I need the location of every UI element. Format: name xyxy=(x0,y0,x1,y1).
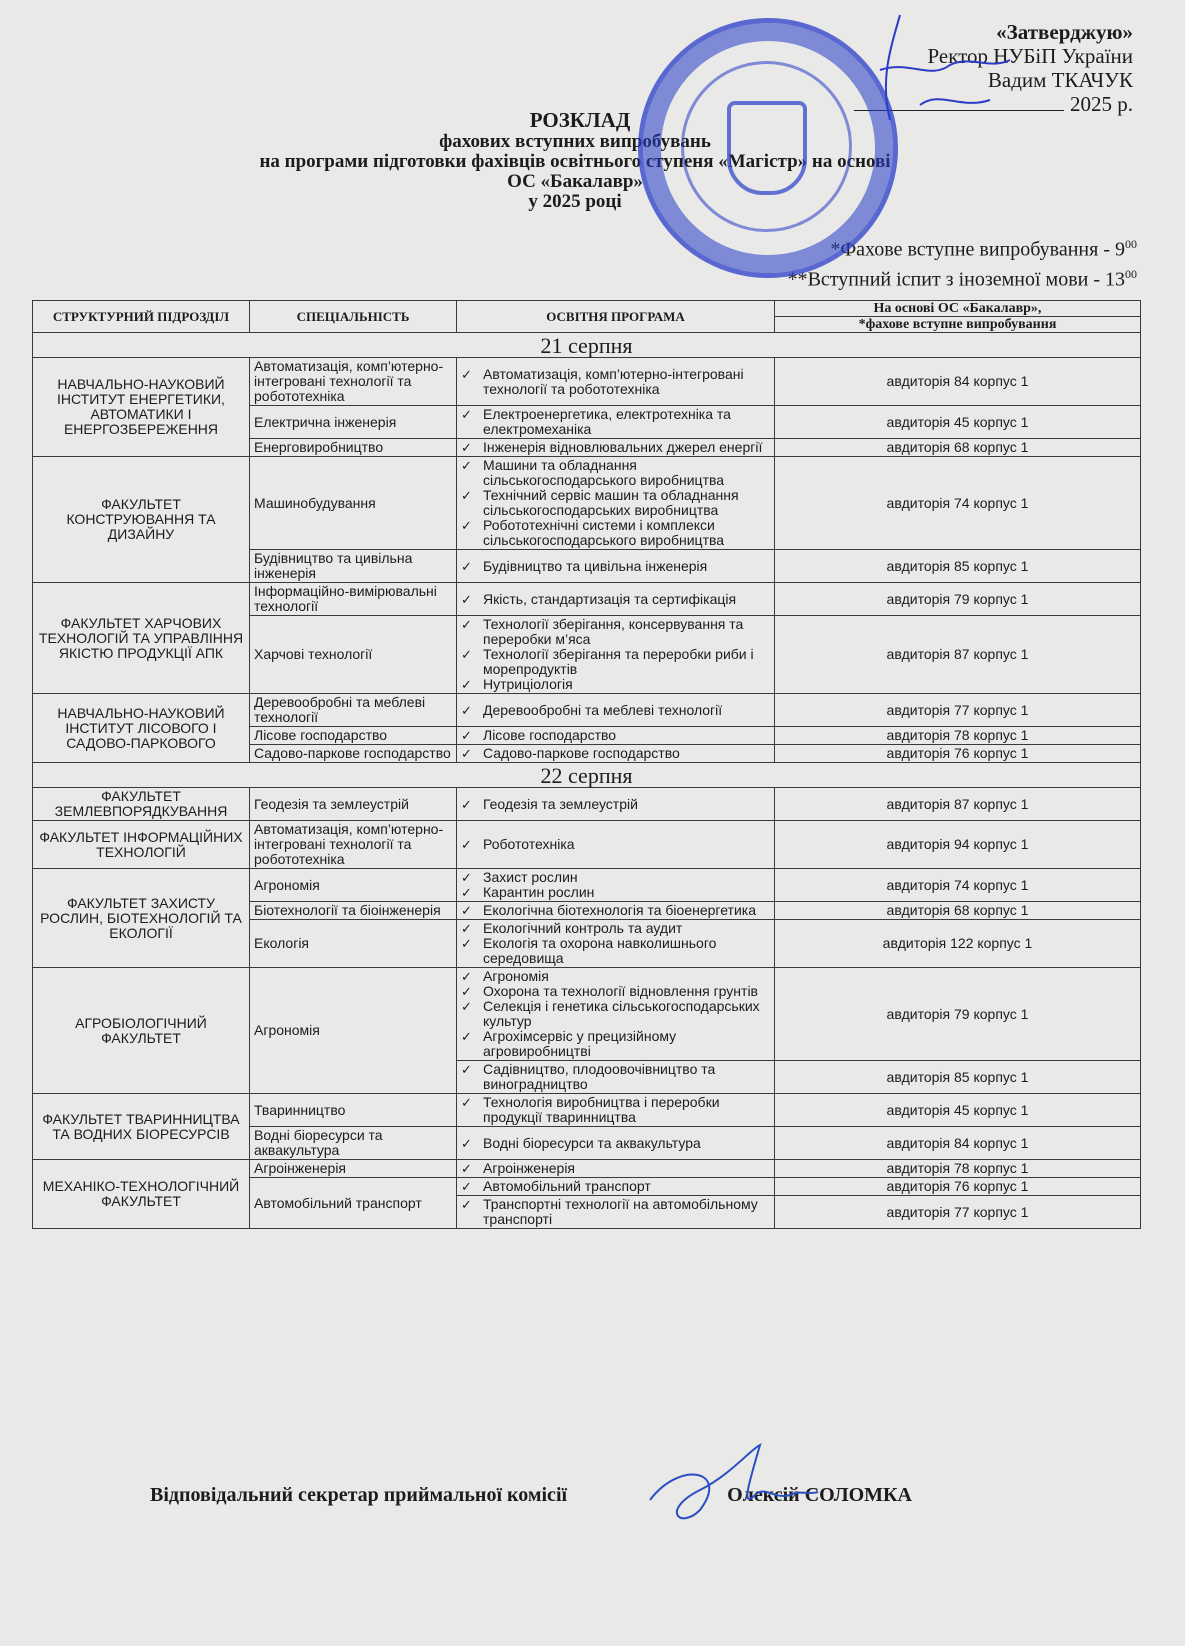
room-cell: авдиторія 76 корпус 1 xyxy=(775,745,1141,763)
program-name: Автоматизація, комп’ютерно-інтегровані т… xyxy=(483,367,770,397)
date-heading: 21 серпня xyxy=(33,333,1141,358)
program-name: Карантин рослин xyxy=(483,885,770,900)
room-cell: авдиторія 68 корпус 1 xyxy=(775,902,1141,920)
checkmark-icon: ✓ xyxy=(461,488,483,503)
title-main: РОЗКЛАД xyxy=(0,110,1150,130)
program-name: Захист рослин xyxy=(483,870,770,885)
program-name: Нутриціологія xyxy=(483,677,770,692)
date-heading: 22 серпня xyxy=(33,763,1141,788)
room-cell: авдиторія 77 корпус 1 xyxy=(775,694,1141,727)
checkmark-icon: ✓ xyxy=(461,617,483,632)
checkmark-icon: ✓ xyxy=(461,885,483,900)
program-name: Будівництво та цивільна інженерія xyxy=(483,559,770,574)
specialty-cell: Геодезія та землеустрій xyxy=(250,788,457,821)
secretary-title: Відповідальний секретар приймальної комі… xyxy=(150,1484,567,1506)
header-basis: На основі ОС «Бакалавр», *фахове вступне… xyxy=(775,301,1141,333)
room-cell: авдиторія 85 корпус 1 xyxy=(775,550,1141,583)
program-cell: ✓Агрономія✓Охорона та технології відновл… xyxy=(457,968,775,1061)
unit-cell: НАВЧАЛЬНО-НАУКОВИЙ ІНСТИТУТ ЕНЕРГЕТИКИ, … xyxy=(33,358,250,457)
checkmark-icon: ✓ xyxy=(461,458,483,473)
program-item: ✓Якість, стандартизація та сертифікація xyxy=(461,592,770,607)
program-name: Машини та обладнання сільськогосподарськ… xyxy=(483,458,770,488)
checkmark-icon: ✓ xyxy=(461,1136,483,1151)
program-item: ✓Захист рослин xyxy=(461,870,770,885)
title-line-3: ОС «Бакалавр» xyxy=(0,172,1150,192)
room-cell: авдиторія 45 корпус 1 xyxy=(775,1094,1141,1127)
program-item: ✓Селекція і генетика сільськогосподарськ… xyxy=(461,999,770,1029)
checkmark-icon: ✓ xyxy=(461,999,483,1014)
room-cell: авдиторія 87 корпус 1 xyxy=(775,788,1141,821)
checkmark-icon: ✓ xyxy=(461,407,483,422)
program-cell: ✓Екологічний контроль та аудит✓Екологія … xyxy=(457,920,775,968)
program-cell: ✓Технологія виробництва і переробки прод… xyxy=(457,1094,775,1127)
specialty-cell: Автоматизація, комп’ютерно-інтегровані т… xyxy=(250,358,457,406)
program-cell: ✓Агроінженерія xyxy=(457,1160,775,1178)
program-name: Лісове господарство xyxy=(483,728,770,743)
checkmark-icon: ✓ xyxy=(461,969,483,984)
specialty-cell: Енерговиробництво xyxy=(250,439,457,457)
program-name: Екологічна біотехнологія та біоенергетик… xyxy=(483,903,770,918)
program-name: Електроенергетика, електротехніка та еле… xyxy=(483,407,770,437)
specialty-cell: Машинобудування xyxy=(250,457,457,550)
header-specialty: СПЕЦІАЛЬНІСТЬ xyxy=(250,301,457,333)
program-cell: ✓Будівництво та цивільна інженерія xyxy=(457,550,775,583)
checkmark-icon: ✓ xyxy=(461,367,483,382)
program-item: ✓Технології зберігання та переробки риби… xyxy=(461,647,770,677)
document-title: РОЗКЛАД фахових вступних випробувань на … xyxy=(0,110,1150,212)
program-cell: ✓Робототехніка xyxy=(457,821,775,869)
unit-cell: ФАКУЛЬТЕТ ЗАХИСТУ РОСЛИН, БІОТЕХНОЛОГІЙ … xyxy=(33,869,250,968)
program-cell: ✓Інженерія відновлювальних джерел енергі… xyxy=(457,439,775,457)
specialty-cell: Електрична інженерія xyxy=(250,406,457,439)
unit-cell: НАВЧАЛЬНО-НАУКОВИЙ ІНСТИТУТ ЛІСОВОГО І С… xyxy=(33,694,250,763)
title-line-1: фахових вступних випробувань xyxy=(0,132,1150,152)
program-name: Деревообробні та меблеві технології xyxy=(483,703,770,718)
table-row: ФАКУЛЬТЕТ ІНФОРМАЦІЙНИХ ТЕХНОЛОГІЙАвтома… xyxy=(33,821,1141,869)
room-cell: авдиторія 78 корпус 1 xyxy=(775,1160,1141,1178)
program-item: ✓Агроінженерія xyxy=(461,1161,770,1176)
program-item: ✓Технічний сервіс машин та обладнання сі… xyxy=(461,488,770,518)
specialty-cell: Агрономія xyxy=(250,869,457,902)
specialty-cell: Агроінженерія xyxy=(250,1160,457,1178)
program-item: ✓Екологічна біотехнологія та біоенергети… xyxy=(461,903,770,918)
room-cell: авдиторія 84 корпус 1 xyxy=(775,358,1141,406)
checkmark-icon: ✓ xyxy=(461,936,483,951)
specialty-cell: Автомобільний транспорт xyxy=(250,1178,457,1229)
program-name: Робототехніка xyxy=(483,837,770,852)
checkmark-icon: ✓ xyxy=(461,1029,483,1044)
room-cell: авдиторія 79 корпус 1 xyxy=(775,968,1141,1061)
checkmark-icon: ✓ xyxy=(461,592,483,607)
program-name: Інженерія відновлювальних джерел енергії xyxy=(483,440,770,455)
program-name: Селекція і генетика сільськогосподарськи… xyxy=(483,999,770,1029)
rector-position: Ректор НУБіП України xyxy=(854,44,1133,68)
schedule-table: СТРУКТУРНИЙ ПІДРОЗДІЛ СПЕЦІАЛЬНІСТЬ ОСВІ… xyxy=(32,300,1141,1229)
room-cell: авдиторія 79 корпус 1 xyxy=(775,583,1141,616)
program-name: Автомобільний транспорт xyxy=(483,1179,770,1194)
checkmark-icon: ✓ xyxy=(461,703,483,718)
program-cell: ✓Водні біоресурси та аквакультура xyxy=(457,1127,775,1160)
program-item: ✓Транспортні технології на автомобільном… xyxy=(461,1197,770,1227)
time-notes: *Фахове вступне випробування - 900 **Вст… xyxy=(788,232,1137,291)
program-cell: ✓Садово-паркове господарство xyxy=(457,745,775,763)
title-line-4: у 2025 році xyxy=(0,192,1150,212)
note-entrance-exam: *Фахове вступне випробування - 900 xyxy=(788,232,1137,262)
program-item: ✓Екологічний контроль та аудит xyxy=(461,921,770,936)
specialty-cell: Деревообробні та меблеві технології xyxy=(250,694,457,727)
table-row: ФАКУЛЬТЕТ ТВАРИННИЦТВА ТА ВОДНИХ БІОРЕСУ… xyxy=(33,1094,1141,1127)
checkmark-icon: ✓ xyxy=(461,728,483,743)
program-item: ✓Машини та обладнання сільськогосподарсь… xyxy=(461,458,770,488)
program-item: ✓Технології зберігання, консервування та… xyxy=(461,617,770,647)
checkmark-icon: ✓ xyxy=(461,837,483,852)
program-item: ✓Автомобільний транспорт xyxy=(461,1179,770,1194)
specialty-cell: Інформаційно-вимірювальні технології xyxy=(250,583,457,616)
secretary-signature-line: Відповідальний секретар приймальної комі… xyxy=(150,1484,912,1507)
program-name: Агрономія xyxy=(483,969,770,984)
specialty-cell: Харчові технології xyxy=(250,616,457,694)
date-row: 22 серпня xyxy=(33,763,1141,788)
program-cell: ✓Деревообробні та меблеві технології xyxy=(457,694,775,727)
room-cell: авдиторія 84 корпус 1 xyxy=(775,1127,1141,1160)
checkmark-icon: ✓ xyxy=(461,921,483,936)
program-item: ✓Охорона та технології відновлення грунт… xyxy=(461,984,770,999)
program-item: ✓Автоматизація, комп’ютерно-інтегровані … xyxy=(461,367,770,397)
table-row: ФАКУЛЬТЕТ ХАРЧОВИХ ТЕХНОЛОГІЙ ТА УПРАВЛІ… xyxy=(33,583,1141,616)
unit-cell: ФАКУЛЬТЕТ ЗЕМЛЕВПОРЯДКУВАННЯ xyxy=(33,788,250,821)
specialty-cell: Агрономія xyxy=(250,968,457,1094)
note2-sup: 00 xyxy=(1125,267,1137,281)
program-item: ✓Будівництво та цивільна інженерія xyxy=(461,559,770,574)
unit-cell: МЕХАНІКО-ТЕХНОЛОГІЧНИЙ ФАКУЛЬТЕТ xyxy=(33,1160,250,1229)
table-row: МЕХАНІКО-ТЕХНОЛОГІЧНИЙ ФАКУЛЬТЕТАгроінже… xyxy=(33,1160,1141,1178)
program-item: ✓Агрономія xyxy=(461,969,770,984)
table-row: ФАКУЛЬТЕТ ЗЕМЛЕВПОРЯДКУВАННЯГеодезія та … xyxy=(33,788,1141,821)
program-cell: ✓Геодезія та землеустрій xyxy=(457,788,775,821)
checkmark-icon: ✓ xyxy=(461,1062,483,1077)
program-cell: ✓Якість, стандартизація та сертифікація xyxy=(457,583,775,616)
program-cell: ✓Електроенергетика, електротехніка та ел… xyxy=(457,406,775,439)
checkmark-icon: ✓ xyxy=(461,647,483,662)
checkmark-icon: ✓ xyxy=(461,984,483,999)
program-item: ✓Садівництво, плодоовочівництво та виног… xyxy=(461,1062,770,1092)
table-row: НАВЧАЛЬНО-НАУКОВИЙ ІНСТИТУТ ЕНЕРГЕТИКИ, … xyxy=(33,358,1141,406)
unit-cell: АГРОБІОЛОГІЧНИЙ ФАКУЛЬТЕТ xyxy=(33,968,250,1094)
program-name: Охорона та технології відновлення грунті… xyxy=(483,984,770,999)
specialty-cell: Будівництво та цивільна інженерія xyxy=(250,550,457,583)
specialty-cell: Тваринництво xyxy=(250,1094,457,1127)
program-cell: ✓Автомобільний транспорт xyxy=(457,1178,775,1196)
unit-cell: ФАКУЛЬТЕТ ХАРЧОВИХ ТЕХНОЛОГІЙ ТА УПРАВЛІ… xyxy=(33,583,250,694)
secretary-name: Олексій СОЛОМКА xyxy=(727,1484,912,1506)
approve-word: «Затверджую» xyxy=(854,20,1133,44)
program-name: Технічний сервіс машин та обладнання сіл… xyxy=(483,488,770,518)
room-cell: авдиторія 45 корпус 1 xyxy=(775,406,1141,439)
room-cell: авдиторія 94 корпус 1 xyxy=(775,821,1141,869)
specialty-cell: Екологія xyxy=(250,920,457,968)
program-item: ✓Технологія виробництва і переробки прод… xyxy=(461,1095,770,1125)
header-basis-top: На основі ОС «Бакалавр», xyxy=(775,301,1140,317)
room-cell: авдиторія 85 корпус 1 xyxy=(775,1061,1141,1094)
specialty-cell: Водні біоресурси та аквакультура xyxy=(250,1127,457,1160)
room-cell: авдиторія 68 корпус 1 xyxy=(775,439,1141,457)
program-name: Агрохімсервіс у прецизійному агровиробни… xyxy=(483,1029,770,1059)
specialty-cell: Автоматизація, комп’ютерно-інтегровані т… xyxy=(250,821,457,869)
specialty-cell: Біотехнології та біоінженерія xyxy=(250,902,457,920)
program-cell: ✓Транспортні технології на автомобільном… xyxy=(457,1196,775,1229)
room-cell: авдиторія 87 корпус 1 xyxy=(775,616,1141,694)
program-name: Робототехнічні системи і комплекси сільс… xyxy=(483,518,770,548)
header-basis-bottom: *фахове вступне випробування xyxy=(775,317,1140,332)
room-cell: авдиторія 122 корпус 1 xyxy=(775,920,1141,968)
program-name: Садівництво, плодоовочівництво та виногр… xyxy=(483,1062,770,1092)
program-item: ✓Робототехніка xyxy=(461,837,770,852)
program-item: ✓Нутриціологія xyxy=(461,677,770,692)
checkmark-icon: ✓ xyxy=(461,1095,483,1110)
program-name: Геодезія та землеустрій xyxy=(483,797,770,812)
note2-text: **Вступний іспит з іноземної мови - 13 xyxy=(788,268,1125,290)
program-name: Транспортні технології на автомобільному… xyxy=(483,1197,770,1227)
program-item: ✓Садово-паркове господарство xyxy=(461,746,770,761)
unit-cell: ФАКУЛЬТЕТ КОНСТРУЮВАННЯ ТА ДИЗАЙНУ xyxy=(33,457,250,583)
specialty-cell: Садово-паркове господарство xyxy=(250,745,457,763)
program-cell: ✓Технології зберігання, консервування та… xyxy=(457,616,775,694)
room-cell: авдиторія 74 корпус 1 xyxy=(775,869,1141,902)
checkmark-icon: ✓ xyxy=(461,677,483,692)
table-row: АГРОБІОЛОГІЧНИЙ ФАКУЛЬТЕТАгрономія✓Агрон… xyxy=(33,968,1141,1061)
header-program: ОСВІТНЯ ПРОГРАМА xyxy=(457,301,775,333)
table-row: ФАКУЛЬТЕТ КОНСТРУЮВАННЯ ТА ДИЗАЙНУМашино… xyxy=(33,457,1141,550)
program-name: Технології зберігання та переробки риби … xyxy=(483,647,770,677)
program-item: ✓Геодезія та землеустрій xyxy=(461,797,770,812)
note-language-exam: **Вступний іспит з іноземної мови - 1300 xyxy=(788,262,1137,292)
program-name: Технологія виробництва і переробки проду… xyxy=(483,1095,770,1125)
date-row: 21 серпня xyxy=(33,333,1141,358)
checkmark-icon: ✓ xyxy=(461,903,483,918)
program-item: ✓Робототехнічні системи і комплекси сіль… xyxy=(461,518,770,548)
specialty-cell: Лісове господарство xyxy=(250,727,457,745)
program-item: ✓Екологія та охорона навколишнього серед… xyxy=(461,936,770,966)
program-item: ✓Інженерія відновлювальних джерел енергі… xyxy=(461,440,770,455)
program-name: Технології зберігання, консервування та … xyxy=(483,617,770,647)
program-name: Водні біоресурси та аквакультура xyxy=(483,1136,770,1151)
program-name: Агроінженерія xyxy=(483,1161,770,1176)
schedule-body: 21 серпняНАВЧАЛЬНО-НАУКОВИЙ ІНСТИТУТ ЕНЕ… xyxy=(33,333,1141,1229)
program-cell: ✓Садівництво, плодоовочівництво та виног… xyxy=(457,1061,775,1094)
program-item: ✓Карантин рослин xyxy=(461,885,770,900)
room-cell: авдиторія 74 корпус 1 xyxy=(775,457,1141,550)
program-name: Екологія та охорона навколишнього середо… xyxy=(483,936,770,966)
checkmark-icon: ✓ xyxy=(461,1179,483,1194)
approval-block: «Затверджую» Ректор НУБіП України Вадим … xyxy=(854,20,1133,116)
program-cell: ✓Машини та обладнання сільськогосподарсь… xyxy=(457,457,775,550)
program-item: ✓Лісове господарство xyxy=(461,728,770,743)
unit-cell: ФАКУЛЬТЕТ ТВАРИННИЦТВА ТА ВОДНИХ БІОРЕСУ… xyxy=(33,1094,250,1160)
table-row: ФАКУЛЬТЕТ ЗАХИСТУ РОСЛИН, БІОТЕХНОЛОГІЙ … xyxy=(33,869,1141,902)
program-cell: ✓Автоматизація, комп’ютерно-інтегровані … xyxy=(457,358,775,406)
title-line-2: на програми підготовки фахівців освітньо… xyxy=(0,152,1150,172)
program-item: ✓Водні біоресурси та аквакультура xyxy=(461,1136,770,1151)
checkmark-icon: ✓ xyxy=(461,870,483,885)
room-cell: авдиторія 76 корпус 1 xyxy=(775,1178,1141,1196)
program-name: Екологічний контроль та аудит xyxy=(483,921,770,936)
rector-name: Вадим ТКАЧУК xyxy=(854,68,1133,92)
checkmark-icon: ✓ xyxy=(461,440,483,455)
program-name: Садово-паркове господарство xyxy=(483,746,770,761)
room-cell: авдиторія 78 корпус 1 xyxy=(775,727,1141,745)
note1-text: *Фахове вступне випробування - 9 xyxy=(830,239,1125,261)
table-header-row: СТРУКТУРНИЙ ПІДРОЗДІЛ СПЕЦІАЛЬНІСТЬ ОСВІ… xyxy=(33,301,1141,333)
program-cell: ✓Захист рослин✓Карантин рослин xyxy=(457,869,775,902)
program-cell: ✓Лісове господарство xyxy=(457,727,775,745)
note1-sup: 00 xyxy=(1125,237,1137,251)
program-item: ✓Агрохімсервіс у прецизійному агровиробн… xyxy=(461,1029,770,1059)
program-cell: ✓Екологічна біотехнологія та біоенергети… xyxy=(457,902,775,920)
program-item: ✓Деревообробні та меблеві технології xyxy=(461,703,770,718)
program-item: ✓Електроенергетика, електротехніка та ел… xyxy=(461,407,770,437)
checkmark-icon: ✓ xyxy=(461,746,483,761)
header-unit: СТРУКТУРНИЙ ПІДРОЗДІЛ xyxy=(33,301,250,333)
table-row: НАВЧАЛЬНО-НАУКОВИЙ ІНСТИТУТ ЛІСОВОГО І С… xyxy=(33,694,1141,727)
checkmark-icon: ✓ xyxy=(461,518,483,533)
program-name: Якість, стандартизація та сертифікація xyxy=(483,592,770,607)
room-cell: авдиторія 77 корпус 1 xyxy=(775,1196,1141,1229)
checkmark-icon: ✓ xyxy=(461,559,483,574)
checkmark-icon: ✓ xyxy=(461,1161,483,1176)
checkmark-icon: ✓ xyxy=(461,797,483,812)
unit-cell: ФАКУЛЬТЕТ ІНФОРМАЦІЙНИХ ТЕХНОЛОГІЙ xyxy=(33,821,250,869)
checkmark-icon: ✓ xyxy=(461,1197,483,1212)
